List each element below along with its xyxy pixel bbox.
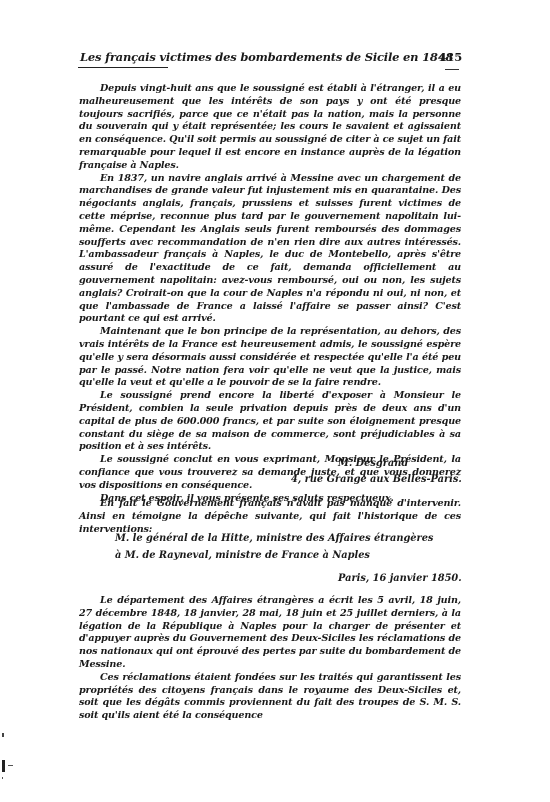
paragraph: Ces réclamations étaient fondées sur les… [79,672,461,723]
paragraph: Le soussigné prend encore la liberté d'e… [79,390,461,454]
scan-artifact [2,760,5,772]
dispatch-header: M. le général de la Hitte, ministre des … [115,530,475,564]
signature-name: M. Desgrand [338,458,408,469]
scan-artifact [2,733,4,737]
header-underline [78,67,168,68]
running-head: Les français victimes des bombardements … [80,50,462,68]
paragraph: Depuis vingt-huit ans que le soussigné e… [79,83,461,173]
dispatch-recipient: à M. de Rayneval, ministre de France à N… [115,547,475,564]
dispatch-sender: M. le général de la Hitte, ministre des … [115,530,475,547]
page-number-underline [445,69,459,70]
dispatch-date: Paris, 16 janvier 1850. [338,573,462,584]
document-page: Les français victimes des bombardements … [0,0,550,802]
paragraph: Le département des Affaires étrangères a… [79,595,461,672]
letter-body: Depuis vingt-huit ans que le soussigné e… [79,83,461,505]
scan-artifact [8,765,13,766]
paragraph: En 1837, un navire anglais arrivé à Mess… [79,173,461,327]
running-title: Les français victimes des bombardements … [80,50,453,64]
signature-address: 4, rue Grange aux Belles-Paris. [291,474,462,485]
scan-artifact [2,777,3,779]
paragraph: Maintenant que le bon principe de la rep… [79,326,461,390]
dispatch-body: Le département des Affaires étrangères a… [79,595,461,723]
page-number: 415 [439,50,462,64]
